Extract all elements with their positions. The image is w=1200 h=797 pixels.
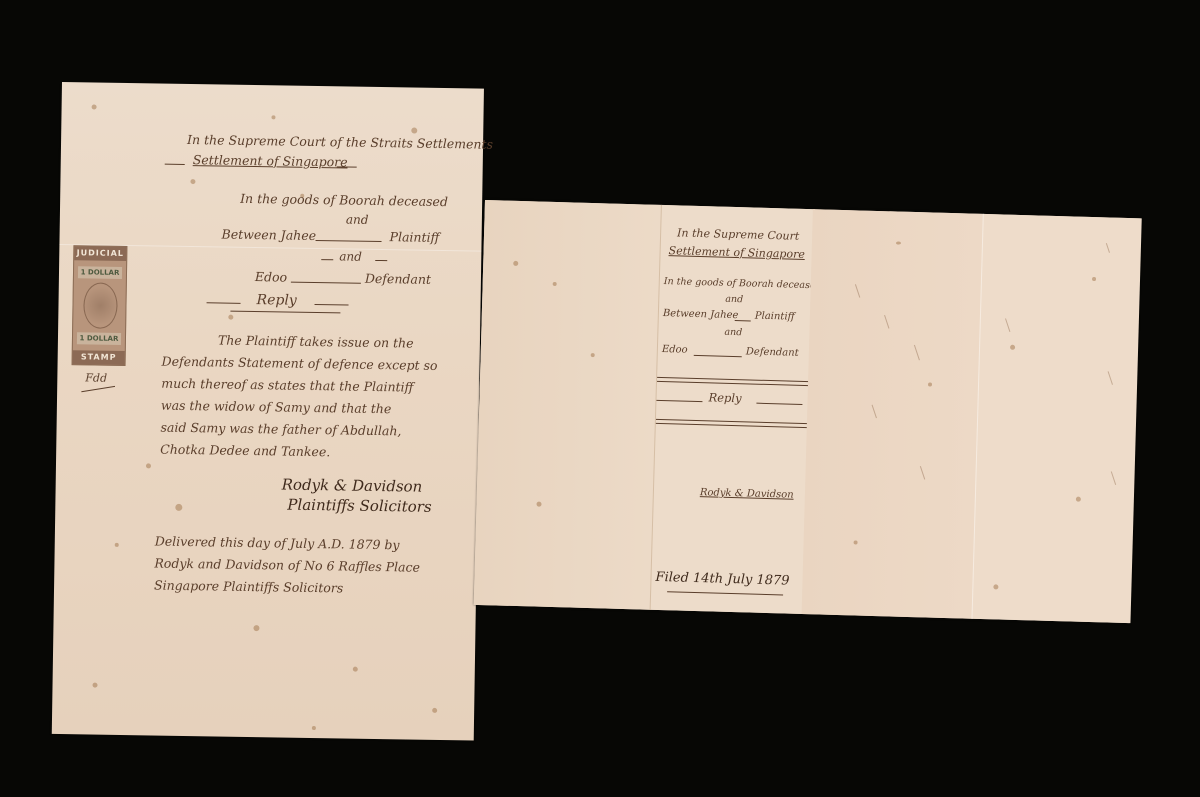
- foxing-spot: [928, 382, 932, 386]
- rule: [315, 304, 349, 306]
- rule: [316, 240, 382, 242]
- signature-role: Plaintiffs Solicitors: [287, 498, 431, 515]
- rule: [694, 355, 742, 357]
- bleed-through-ink: [914, 345, 920, 360]
- foxing-spot: [253, 625, 259, 631]
- foxing-spot: [312, 726, 316, 730]
- delivery-line-2: Rodyk and Davidson of No 6 Raffles Place: [154, 558, 420, 575]
- rule: [321, 259, 333, 260]
- docket-goods-line: In the goods of Boorah deceased: [664, 277, 822, 291]
- and-connector: and: [339, 250, 362, 262]
- stamp-initials: Fdd: [85, 372, 107, 383]
- bleed-through-ink: [1106, 243, 1110, 253]
- docket-and-connector: and: [725, 295, 743, 305]
- foxing-spot: [432, 708, 437, 713]
- fold-panel-2-docket: In the Supreme Court Settlement of Singa…: [650, 205, 815, 614]
- stamp-value-bottom: 1 DOLLAR: [77, 332, 121, 345]
- rule: [756, 403, 802, 405]
- right-document-folded: In the Supreme Court Settlement of Singa…: [474, 200, 1141, 623]
- docket-and-connector: and: [724, 328, 742, 338]
- docket-settlement: Settlement of Singapore: [669, 245, 805, 260]
- rule: [230, 311, 340, 314]
- foxing-spot: [591, 353, 595, 357]
- foxing-spot: [1076, 497, 1081, 502]
- delivery-line-3: Singapore Plaintiffs Solicitors: [154, 580, 343, 595]
- fold-panel-1: [474, 200, 661, 610]
- settlement-heading: Settlement of Singapore: [193, 154, 348, 169]
- defendant-label: Defendant: [365, 273, 431, 287]
- foxing-spot: [190, 179, 195, 184]
- docket-court-heading: In the Supreme Court: [677, 227, 799, 241]
- foxing-spot: [271, 115, 275, 119]
- rule: [735, 320, 751, 321]
- fold-panel-3: [802, 209, 983, 619]
- rule: [291, 282, 361, 284]
- docket-title: Reply: [708, 392, 741, 404]
- foxing-spot: [536, 502, 541, 507]
- defendant-name: Edoo: [255, 271, 287, 284]
- foxing-spot: [1092, 277, 1096, 281]
- rule: [656, 423, 808, 428]
- foxing-spot: [896, 241, 901, 244]
- document-title: Reply: [256, 293, 296, 308]
- docket-defendant-name: Edoo: [662, 345, 688, 356]
- foxing-spot: [854, 540, 858, 544]
- stamp-top-band: JUDICIAL: [74, 246, 126, 261]
- docket-between-line: Between Jahee: [663, 309, 739, 321]
- foxing-spot: [92, 104, 97, 109]
- body-line-2: Defendants Statement of defence except s…: [162, 356, 438, 373]
- bleed-through-ink: [920, 466, 925, 480]
- delivery-line-1: Delivered this day of July A.D. 1879 by: [155, 536, 400, 552]
- bleed-through-ink: [872, 405, 877, 419]
- foxing-spot: [115, 543, 119, 547]
- docket-signature: Rodyk & Davidson: [700, 488, 794, 501]
- bleed-through-ink: [1111, 471, 1116, 485]
- bleed-through-ink: [1108, 371, 1113, 385]
- stamp-value-top: 1 DOLLAR: [78, 266, 122, 279]
- rule: [81, 386, 115, 392]
- docket-defendant-label: Defendant: [746, 347, 799, 358]
- goods-line: In the goods of Boorah deceased: [240, 193, 448, 209]
- foxing-spot: [92, 683, 97, 688]
- judicial-stamp: JUDICIAL 1 DOLLAR 1 DOLLAR STAMP: [72, 245, 128, 366]
- foxing-spot: [513, 261, 518, 266]
- rule: [667, 591, 783, 595]
- foxing-spot: [146, 463, 151, 468]
- rule: [165, 164, 185, 165]
- foxing-spot: [1010, 345, 1015, 350]
- body-line-1: The Plaintiff takes issue on the: [218, 334, 414, 350]
- signature-firm: Rodyk & Davidson: [282, 478, 423, 495]
- between-line: Between Jahee: [222, 229, 317, 243]
- rule: [375, 260, 387, 261]
- stamp-bottom-band: STAMP: [73, 350, 125, 365]
- bleed-through-ink: [1005, 318, 1010, 332]
- rule: [656, 400, 702, 402]
- bleed-through-ink: [855, 284, 860, 298]
- stamp-emblem-icon: [83, 282, 118, 329]
- foxing-spot: [175, 504, 182, 511]
- body-line-6: Chotka Dedee and Tankee.: [160, 444, 330, 459]
- filed-note: Filed 14th July 1879: [655, 571, 789, 588]
- foxing-spot: [353, 667, 358, 672]
- foxing-spot: [553, 282, 557, 286]
- foxing-spot: [993, 584, 998, 589]
- rule: [657, 381, 809, 386]
- body-line-3: much thereof as states that the Plaintif…: [161, 378, 413, 394]
- foxing-spot: [411, 127, 417, 133]
- rule: [207, 302, 241, 304]
- fold-panel-4: [971, 214, 1141, 623]
- left-document-page: In the Supreme Court of the Straits Sett…: [52, 82, 484, 741]
- bleed-through-ink: [884, 315, 889, 329]
- body-line-5: said Samy was the father of Abdullah,: [160, 422, 401, 438]
- and-connector: and: [346, 213, 369, 225]
- docket-plaintiff-label: Plaintiff: [755, 312, 795, 323]
- plaintiff-label: Plaintiff: [390, 231, 440, 244]
- foxing-spot: [228, 315, 233, 320]
- body-line-4: was the widow of Samy and that the: [161, 400, 392, 416]
- court-heading: In the Supreme Court of the Straits Sett…: [187, 134, 493, 151]
